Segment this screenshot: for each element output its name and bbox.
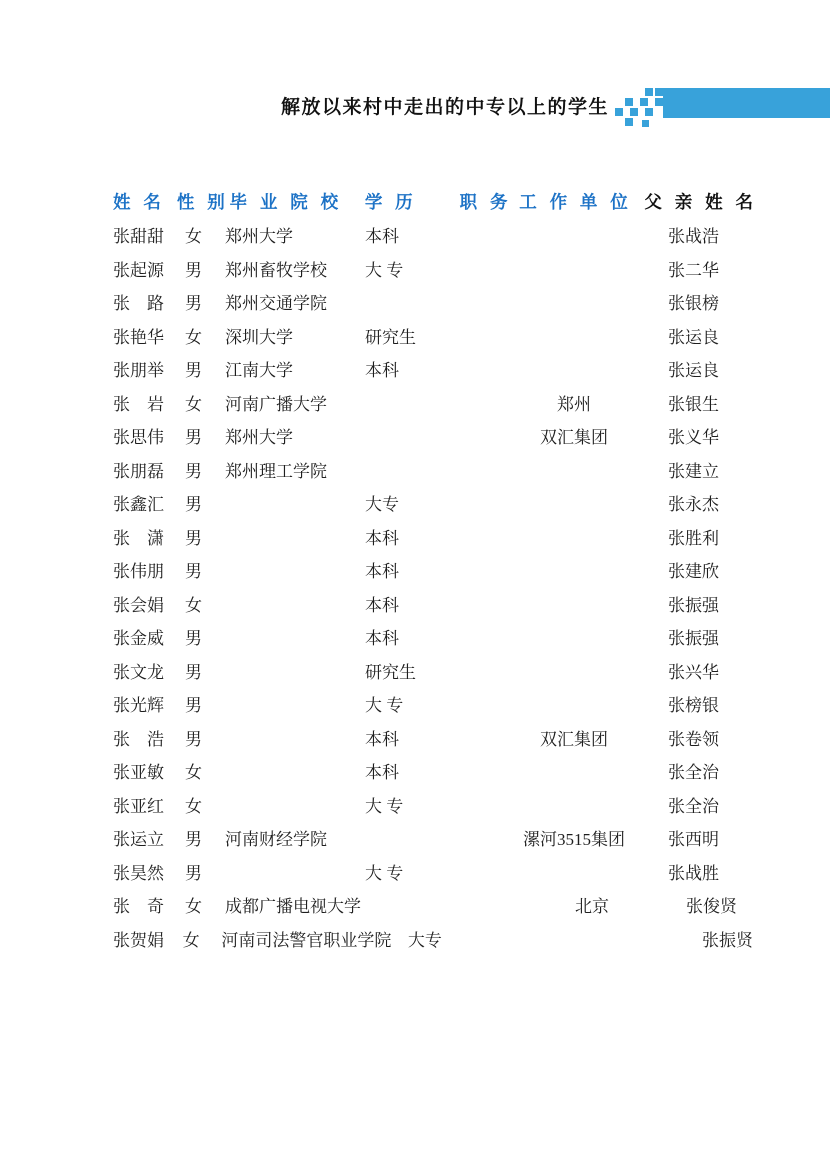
cell-work-unit: 漯河3515集团 [512,825,636,850]
table-row: 张光辉 男 大 专 张榜银 [113,687,753,721]
cell-gender: 男 [185,624,225,649]
cell-school: 河南广播大学 [225,390,365,415]
cell-education: 大 专 [365,691,460,716]
cell-name: 张思伟 [113,423,185,448]
cell-father: 张卷领 [636,725,753,750]
cell-education: 本科 [365,356,460,381]
table-row: 张起源 男 郑州畜牧学校 大 专 张二华 [113,252,753,286]
cell-name: 张亚敏 [113,758,185,783]
cell-education: 研究生 [365,323,460,348]
cell-gender: 女 [185,892,225,917]
cell-education: 本科 [365,524,460,549]
cell-father: 张运良 [636,323,753,348]
table-row: 张贺娟 女 河南司法警官职业学院 大专 张振贤 [113,922,753,956]
cell-name: 张 岩 [113,390,185,415]
cell-name: 张文龙 [113,658,185,683]
cell-father: 张二华 [636,256,753,281]
table-header-row: 姓 名 性 别 毕 业 院 校 学 历 职 务 工 作 单 位 父 亲 姓 名 [113,184,753,218]
cell-father: 张战浩 [636,222,753,247]
cell-father: 张战胜 [636,859,753,884]
cell-name: 张运立 [113,825,185,850]
cell-school: 郑州畜牧学校 [225,256,365,281]
cell-father: 张俊贤 [654,892,753,917]
cell-father: 张西明 [636,825,753,850]
cell-father: 张建立 [636,457,753,482]
cell-gender: 女 [185,758,225,783]
cell-father: 张振强 [636,591,753,616]
table-row: 张 浩 男 本科 双汇集团 张卷领 [113,721,753,755]
cell-education: 本科 [365,758,460,783]
cell-name: 张 浩 [113,725,185,750]
cell-name: 张 奇 [113,892,185,917]
cell-school: 深圳大学 [225,323,365,348]
cell-education: 研究生 [365,658,460,683]
cell-school: 郑州大学 [225,222,365,247]
cell-father: 张银生 [636,390,753,415]
column-header-work-unit: 工 作 单 位 [512,189,636,214]
table-row: 张亚敏 女 本科 张全治 [113,754,753,788]
checkered-arrow-icon [612,86,664,130]
cell-school: 郑州理工学院 [225,457,365,482]
cell-name: 张金威 [113,624,185,649]
table-row: 张会娟 女 本科 张振强 [113,587,753,621]
table-row: 张思伟 男 郑州大学 双汇集团 张义华 [113,419,753,453]
cell-gender: 男 [185,423,225,448]
cell-education: 大 专 [365,859,460,884]
table-row: 张金威 男 本科 张振强 [113,620,753,654]
cell-gender: 女 [185,323,225,348]
cell-name: 张朋举 [113,356,185,381]
page-header: 解放以来村中走出的中专以上的学生 [0,0,830,150]
cell-gender: 男 [185,289,225,314]
cell-gender: 男 [185,691,225,716]
column-header-duty: 职 务 [460,189,512,214]
cell-gender: 男 [185,658,225,683]
table-row: 张朋举 男 江南大学 本科 张运良 [113,352,753,386]
cell-education: 大 专 [365,792,460,817]
table-row: 张朋磊 男 郑州理工学院 张建立 [113,453,753,487]
cell-gender: 女 [183,926,222,951]
cell-father: 张振强 [636,624,753,649]
cell-work-unit: 北京 [530,892,654,917]
table-body: 张甜甜 女 郑州大学 本科 张战浩 张起源 男 郑州畜牧学校 大 专 张二华 张… [113,218,753,955]
table-row: 张亚红 女 大 专 张全治 [113,788,753,822]
cell-work-unit: 双汇集团 [512,725,636,750]
table-row: 张运立 男 河南财经学院 漯河3515集团 张西明 [113,821,753,855]
column-header-name: 姓 名 [113,189,185,214]
cell-name: 张亚红 [113,792,185,817]
cell-gender: 男 [185,524,225,549]
cell-education: 本科 [365,624,460,649]
cell-father: 张兴华 [636,658,753,683]
cell-gender: 男 [185,457,225,482]
cell-school: 江南大学 [225,356,365,381]
cell-father: 张建欣 [636,557,753,582]
cell-gender: 女 [185,390,225,415]
cell-school: 成都广播电视大学 [225,892,383,917]
cell-father: 张振贤 [670,926,753,951]
cell-education: 大 专 [365,256,460,281]
cell-school: 郑州交通学院 [225,289,365,314]
cell-gender: 男 [185,557,225,582]
cell-name: 张伟朋 [113,557,185,582]
table-row: 张 潇 男 本科 张胜利 [113,520,753,554]
table-row: 张甜甜 女 郑州大学 本科 张战浩 [113,218,753,252]
cell-name: 张朋磊 [113,457,185,482]
cell-education: 本科 [365,591,460,616]
header-bar-decoration [663,88,830,118]
column-header-education: 学 历 [365,189,460,214]
cell-work-unit: 郑州 [512,390,636,415]
cell-name: 张起源 [113,256,185,281]
cell-father: 张全治 [636,792,753,817]
cell-father: 张胜利 [636,524,753,549]
cell-gender: 男 [185,859,225,884]
cell-name: 张光辉 [113,691,185,716]
cell-name: 张贺娟 [113,926,183,951]
cell-education: 本科 [365,725,460,750]
column-header-school: 毕 业 院 校 [225,189,365,214]
column-header-gender: 性 别 [177,189,225,214]
cell-education: 大专 [365,490,460,515]
cell-gender: 男 [185,825,225,850]
table-row: 张鑫汇 男 大专 张永杰 [113,486,753,520]
student-roster-table: 姓 名 性 别 毕 业 院 校 学 历 职 务 工 作 单 位 父 亲 姓 名 … [113,184,753,955]
cell-father: 张永杰 [636,490,753,515]
cell-school: 河南财经学院 [225,825,365,850]
table-row: 张 奇 女 成都广播电视大学 北京 张俊贤 [113,888,753,922]
table-row: 张文龙 男 研究生 张兴华 [113,654,753,688]
cell-gender: 女 [185,792,225,817]
table-row: 张 路 男 郑州交通学院 张银榜 [113,285,753,319]
table-row: 张伟朋 男 本科 张建欣 [113,553,753,587]
cell-name: 张鑫汇 [113,490,185,515]
cell-school: 郑州大学 [225,423,365,448]
header-decoration [612,86,830,130]
cell-gender: 女 [185,222,225,247]
page-title: 解放以来村中走出的中专以上的学生 [281,92,609,119]
column-header-father: 父 亲 姓 名 [635,189,753,214]
table-row: 张昊然 男 大 专 张战胜 [113,855,753,889]
cell-gender: 男 [185,256,225,281]
cell-name: 张艳华 [113,323,185,348]
cell-gender: 男 [185,490,225,515]
table-row: 张艳华 女 深圳大学 研究生 张运良 [113,319,753,353]
cell-school: 河南司法警官职业学院 [221,926,407,951]
cell-education: 本科 [365,557,460,582]
book-page: { "theme": { "accent_blue": "#38a2da", "… [0,0,830,1155]
cell-name: 张 路 [113,289,185,314]
cell-education: 本科 [365,222,460,247]
cell-work-unit: 双汇集团 [512,423,636,448]
cell-name: 张会娟 [113,591,185,616]
table-row: 张 岩 女 河南广播大学 郑州 张银生 [113,386,753,420]
cell-name: 张 潇 [113,524,185,549]
cell-gender: 女 [185,591,225,616]
cell-name: 张昊然 [113,859,185,884]
cell-education: 大专 [408,926,500,951]
cell-father: 张银榜 [636,289,753,314]
cell-name: 张甜甜 [113,222,185,247]
cell-father: 张义华 [636,423,753,448]
cell-father: 张全治 [636,758,753,783]
cell-gender: 男 [185,356,225,381]
cell-father: 张榜银 [636,691,753,716]
cell-father: 张运良 [636,356,753,381]
cell-gender: 男 [185,725,225,750]
